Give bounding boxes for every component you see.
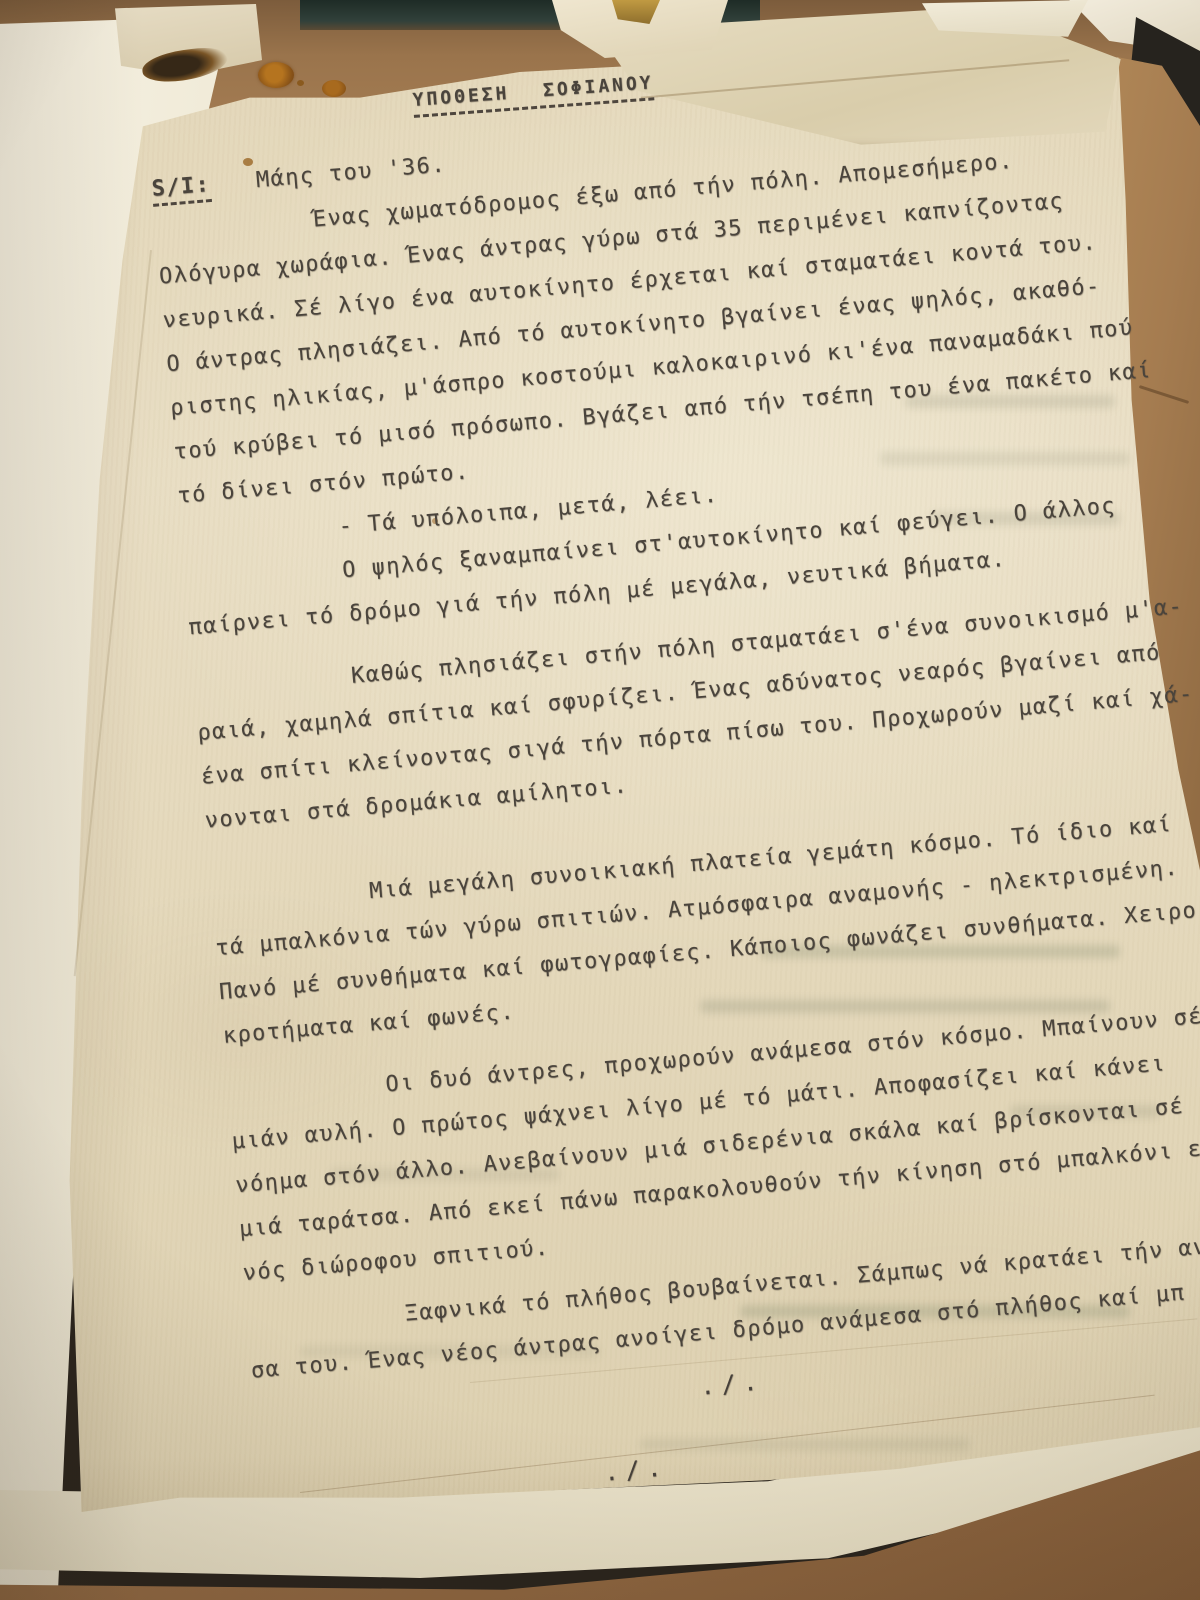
- typewritten-text: S/I:Μάης του '36. Ένας χωματόδρομος έξω …: [150, 83, 1200, 1393]
- ghost-smudge: [640, 1438, 970, 1451]
- page-continuation-mark: ./.: [699, 1367, 766, 1401]
- scene-heading: Μάης του '36.: [255, 152, 447, 193]
- scene-slug: S/I:: [151, 172, 212, 207]
- page-continuation-mark: ./.: [603, 1453, 670, 1487]
- coffee-stain: [322, 80, 346, 97]
- coffee-stain: [258, 62, 294, 88]
- photo-of-typewritten-page: ΥΠΟΘΕΣΗ ΣΟΦΙΑΝΟΥ S/I:Μάης του '36. Ένας …: [0, 0, 1200, 1600]
- stain-dot: [297, 80, 304, 86]
